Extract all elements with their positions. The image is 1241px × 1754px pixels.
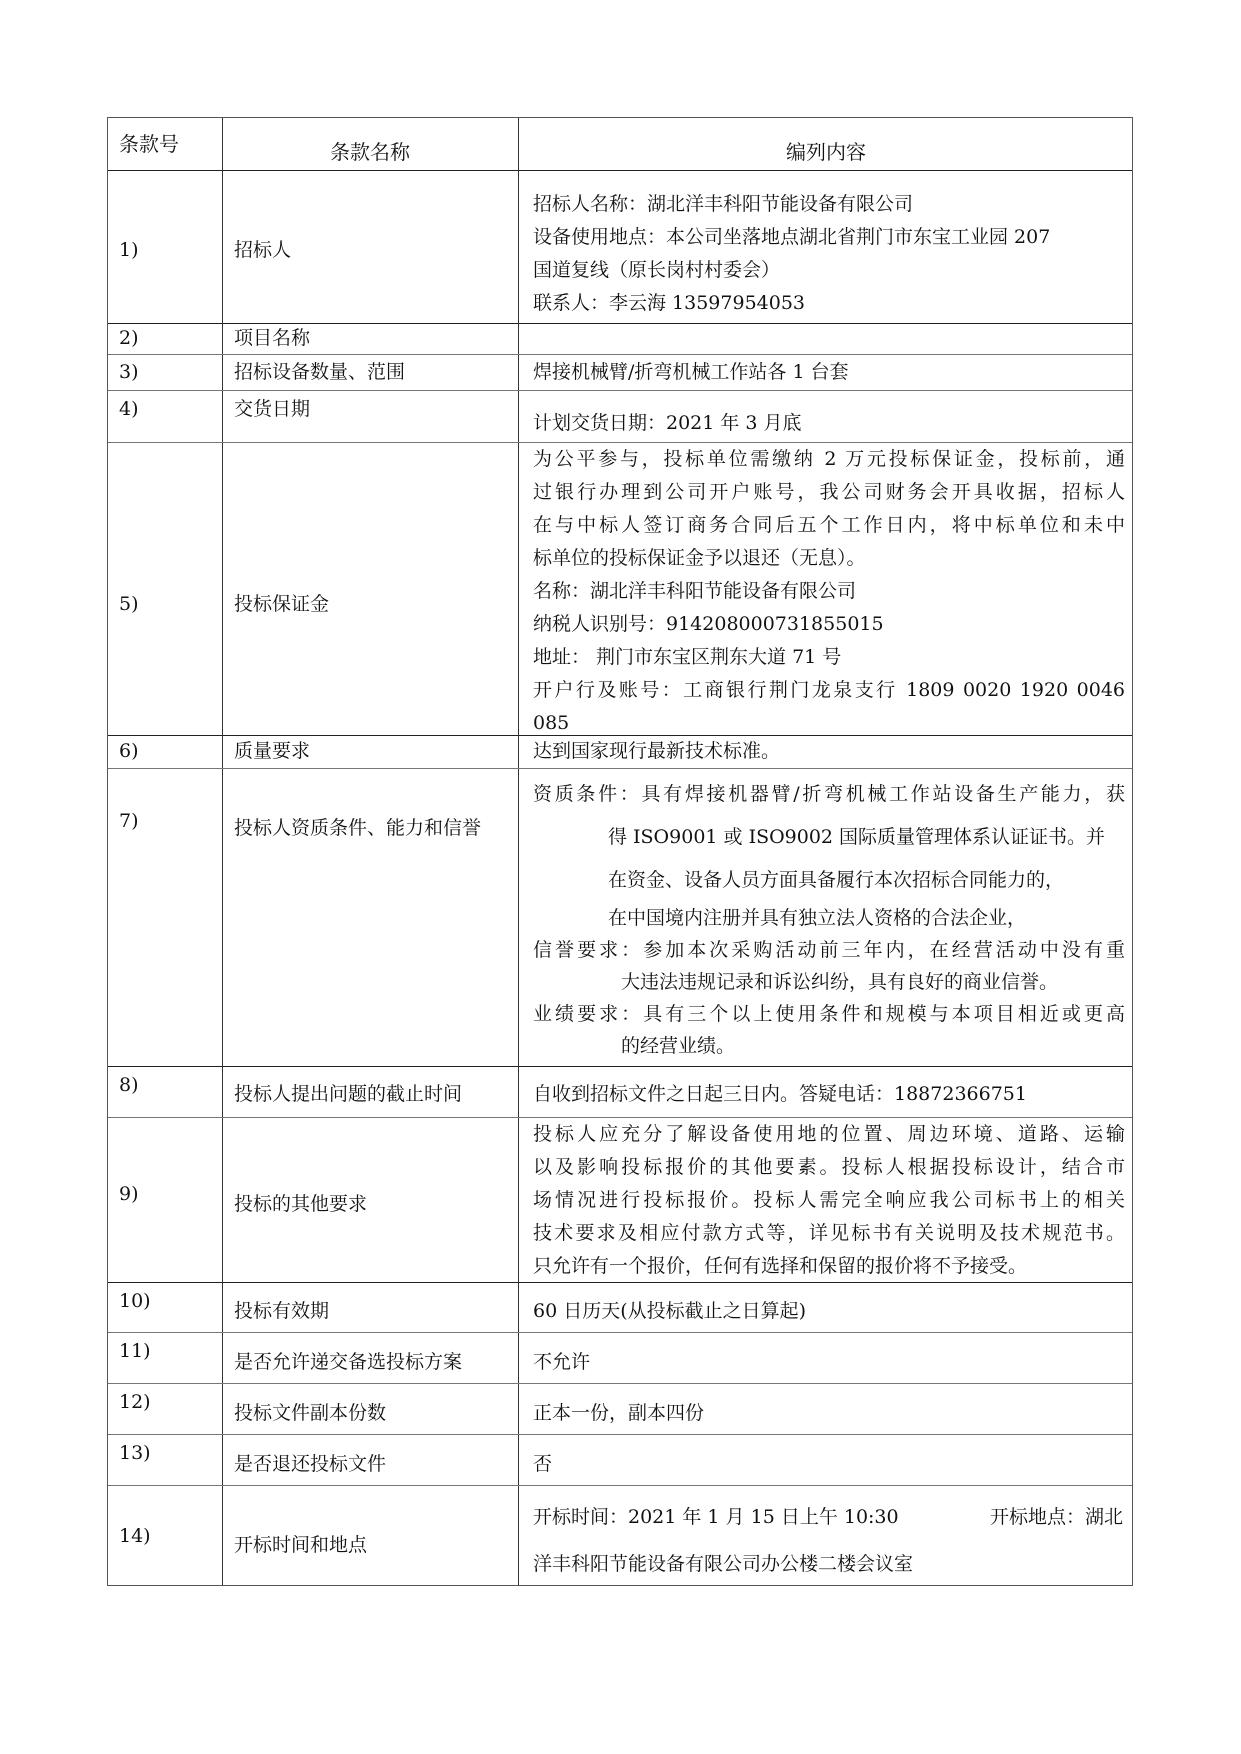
clause-name: 招标人: [234, 234, 291, 267]
clause-no: 9): [119, 1178, 139, 1211]
content-line: 过银行办理到公司开户账号，我公司财务会开具收据，招标人: [533, 476, 1125, 509]
clause-name: 是否允许递交备选投标方案: [234, 1346, 462, 1379]
row-divider-10: [108, 1332, 1132, 1333]
clause-content: 资质条件：具有焊接机器臂/折弯机械工作站设备生产能力，获 得 ISO9001 或…: [533, 773, 1125, 1062]
row-divider-6: [108, 768, 1132, 769]
clause-content: 正本一份，副本四份: [533, 1397, 704, 1430]
content-line: 以及影响投标报价的其他要素。投标人根据投标设计，结合市: [533, 1151, 1125, 1184]
clause-no: 10): [119, 1285, 151, 1318]
header-content: 编列内容: [518, 136, 1134, 169]
content-line: 为公平参与，投标单位需缴纳 2 万元投标保证金，投标前，通: [533, 443, 1125, 476]
content-line: 资质条件：具有焊接机器臂/折弯机械工作站设备生产能力，获: [533, 773, 1125, 816]
opening-location: 洋丰科阳节能设备有限公司办公楼二楼会议室: [533, 1548, 913, 1581]
header-clause-no: 条款号: [119, 128, 179, 161]
clause-content: 自收到招标文件之日起三日内。答疑电话：18872366751: [533, 1078, 1027, 1111]
content-line: 设备使用地点：本公司坐落地点湖北省荆门市东宝工业园 207: [533, 221, 1125, 254]
row-divider-7: [108, 1066, 1132, 1067]
row-divider-12: [108, 1434, 1132, 1435]
content-line: 名称：湖北洋丰科阳节能设备有限公司: [533, 575, 1125, 608]
content-line: 信誉要求：参加本次采购活动前三年内，在经营活动中没有重: [533, 934, 1125, 966]
document-page: 条款号 条款名称 编列内容 1) 招标人 招标人名称：湖北洋丰科阳节能设备有限公…: [0, 0, 1241, 1754]
clause-name: 投标人提出问题的截止时间: [234, 1078, 462, 1111]
content-line: 在中国境内注册并具有独立法人资格的合法企业，: [533, 902, 1125, 934]
clause-no: 7): [119, 805, 139, 838]
content-line: 场情况进行投标报价。投标人需完全响应我公司标书上的相关: [533, 1184, 1125, 1217]
clause-no: 5): [119, 588, 139, 621]
content-line: 在与中标人签订商务合同后五个工作日内，将中标单位和未中: [533, 509, 1125, 542]
content-line: 招标人名称：湖北洋丰科阳节能设备有限公司: [533, 188, 1125, 221]
clause-content: 招标人名称：湖北洋丰科阳节能设备有限公司 设备使用地点：本公司坐落地点湖北省荆门…: [533, 188, 1125, 320]
clause-no: 12): [119, 1386, 151, 1419]
column-divider-2: [518, 118, 519, 1585]
row-divider-3: [108, 390, 1132, 391]
content-line: 在资金、设备人员方面具备履行本次招标合同能力的，: [533, 859, 1125, 902]
clause-name: 项目名称: [234, 322, 310, 355]
opening-time: 开标时间：2021 年 1 月 15 日上午 10:30: [533, 1501, 899, 1534]
content-line: 投标人应充分了解设备使用地的位置、周边环境、道路、运输: [533, 1118, 1125, 1151]
content-line: 标单位的投标保证金予以退还（无息）。: [533, 542, 1125, 575]
header-clause-name: 条款名称: [222, 136, 518, 169]
clause-content: 达到国家现行最新技术标准。: [533, 735, 780, 768]
clause-name: 投标的其他要求: [234, 1188, 367, 1221]
clause-content: 否: [533, 1448, 552, 1481]
clause-no: 2): [119, 322, 139, 355]
clause-no: 4): [119, 393, 139, 426]
row-divider-header: [108, 170, 1132, 171]
clause-name: 交货日期: [234, 393, 310, 426]
clause-name: 投标文件副本份数: [234, 1397, 386, 1430]
content-line: 只允许有一个报价，任何有选择和保留的报价将不予接受。: [533, 1250, 1125, 1283]
content-line: 开户行及账号：工商银行荆门龙泉支行 1809 0020 1920 0046: [533, 674, 1125, 707]
row-divider-11: [108, 1383, 1132, 1384]
clause-content: 焊接机械臂/折弯机械工作站各 1 台套: [533, 356, 849, 389]
clause-name: 投标有效期: [234, 1295, 329, 1328]
clause-name: 投标人资质条件、能力和信誉: [234, 812, 481, 845]
content-line: 得 ISO9001 或 ISO9002 国际质量管理体系认证证书。并: [533, 816, 1125, 859]
opening-location-label: 开标地点：湖北: [990, 1501, 1123, 1534]
clause-name: 招标设备数量、范围: [234, 356, 405, 389]
content-line: 联系人：李云海 13597954053: [533, 287, 1125, 320]
clause-name: 开标时间和地点: [234, 1529, 367, 1562]
clause-content: 投标人应充分了解设备使用地的位置、周边环境、道路、运输 以及影响投标报价的其他要…: [533, 1118, 1125, 1283]
content-line: 国道复线（原长岗村村委会）: [533, 254, 1125, 287]
clause-no: 11): [119, 1335, 151, 1368]
clause-content: 为公平参与，投标单位需缴纳 2 万元投标保证金，投标前，通 过银行办理到公司开户…: [533, 443, 1125, 740]
clause-name: 是否退还投标文件: [234, 1448, 386, 1481]
clause-name: 质量要求: [234, 735, 310, 768]
clause-no: 8): [119, 1069, 139, 1102]
clause-no: 3): [119, 356, 139, 389]
column-divider-1: [222, 118, 223, 1585]
content-line: 纳税人识别号：91420800073185501​5: [533, 608, 1125, 641]
clause-name: 投标保证金: [234, 588, 329, 621]
content-line: 业绩要求：具有三个以上使用条件和规模与本项目相近或更高: [533, 998, 1125, 1030]
clause-no: 1): [119, 234, 139, 267]
clause-content: 60 日历天(从投标截止之日算起): [533, 1295, 806, 1328]
clause-content: 计划交货日期：2021 年 3 月底: [533, 407, 802, 440]
content-line: 技术要求及相应付款方式等，详见标书有关说明及技术规范书。: [533, 1217, 1125, 1250]
clause-no: 14): [119, 1520, 151, 1553]
content-line: 的经营业绩。: [533, 1030, 1125, 1062]
clause-no: 13): [119, 1437, 151, 1470]
clause-no: 6): [119, 735, 139, 768]
content-line: 大违法违规记录和诉讼纠纷，具有良好的商业信誉。: [533, 966, 1125, 998]
clause-content: 不允许: [533, 1346, 590, 1379]
row-divider-13: [108, 1485, 1132, 1486]
content-line: 地址： 荆门市东宝区荆东大道 71 号: [533, 641, 1125, 674]
bid-clause-table: 条款号 条款名称 编列内容 1) 招标人 招标人名称：湖北洋丰科阳节能设备有限公…: [107, 117, 1133, 1586]
